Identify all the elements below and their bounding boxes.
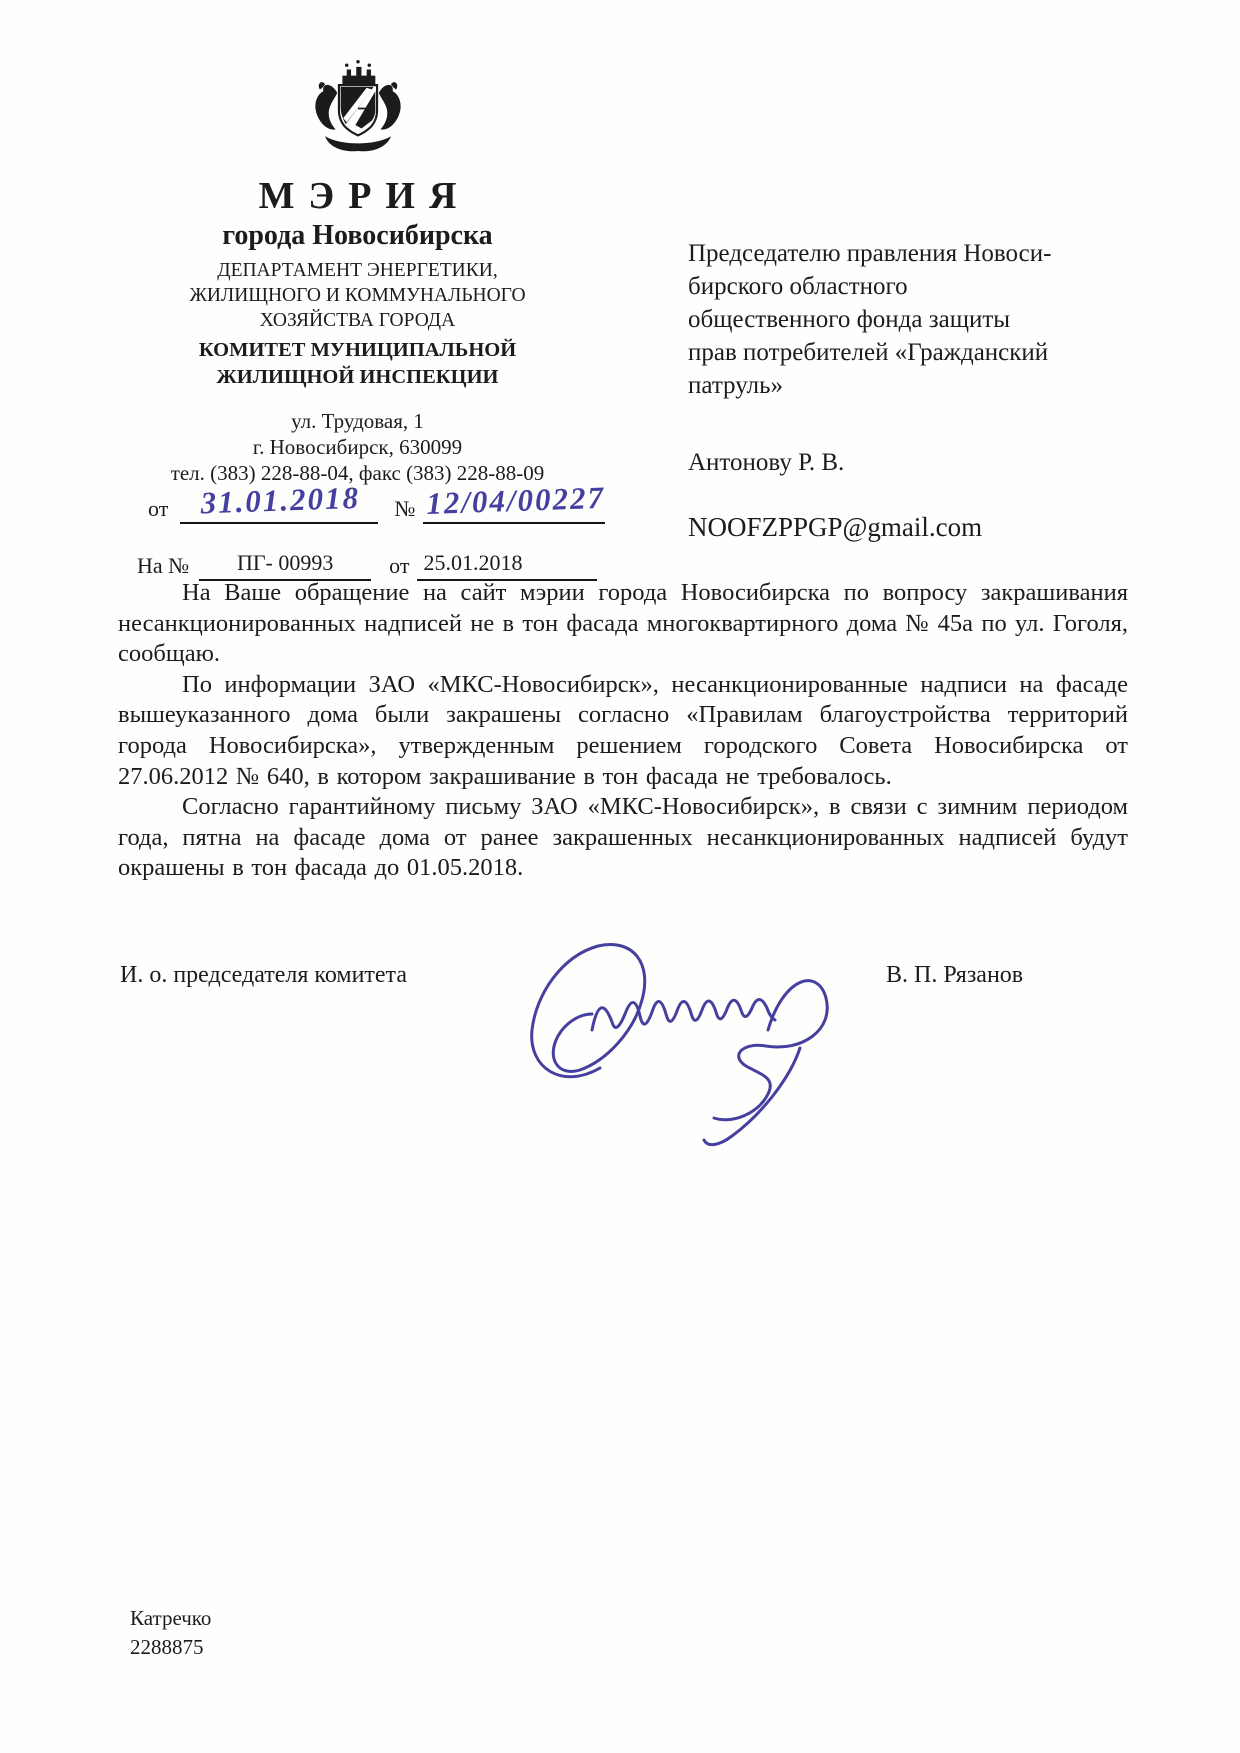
scanned-letter-page: МЭРИЯ города Новосибирска ДЕПАРТАМЕНТ ЭН…	[0, 0, 1240, 1753]
incoming-number-field: ПГ- 00993	[199, 543, 371, 581]
letterhead: МЭРИЯ города Новосибирска ДЕПАРТАМЕНТ ЭН…	[105, 58, 610, 486]
addressee-name: Антонову Р. В.	[688, 449, 844, 477]
org-address-line: ул. Трудовая, 1	[105, 408, 610, 434]
signer-position-title: И. о. председателя комитета	[120, 962, 407, 989]
addressee-email: NOOFZPPGP@gmail.com	[688, 512, 982, 543]
body-paragraph: Согласно гарантийному письму ЗАО «МКС-Но…	[118, 792, 1128, 884]
executor-block: Катречко 2288875	[130, 1604, 211, 1662]
org-department-line: ХОЗЯЙСТВА ГОРОДА	[105, 308, 610, 333]
addressee-line: бирского областного	[688, 270, 1118, 303]
outgoing-number-handwritten: 12/04/00227	[426, 480, 605, 522]
outgoing-date-handwritten: 31.01.2018	[183, 479, 378, 522]
addressee-line: прав потребителей «Гражданский	[688, 336, 1118, 369]
incoming-number-value: ПГ- 00993	[199, 550, 371, 576]
signature-autograph	[500, 918, 860, 1153]
outgoing-number-field: 12/04/00227	[423, 486, 605, 524]
executor-name: Катречко	[130, 1604, 211, 1633]
incoming-date-value: 25.01.2018	[417, 550, 597, 576]
reply-date-label: от	[389, 553, 409, 581]
org-department-line: ЖИЛИЩНОГО И КОММУНАЛЬНОГО	[105, 283, 610, 308]
letter-body: На Ваше обращение на сайт мэрии города Н…	[118, 578, 1128, 884]
org-title: МЭРИЯ	[105, 174, 610, 218]
org-address-line: г. Новосибирск, 630099	[105, 434, 610, 460]
novosibirsk-coat-of-arms-icon	[306, 58, 410, 166]
signer-name: В. П. Рязанов	[886, 962, 1023, 989]
org-committee-line: ЖИЛИЩНОЙ ИНСПЕКЦИИ	[105, 364, 610, 391]
incoming-date-field: 25.01.2018	[417, 543, 597, 581]
org-department-line: ДЕПАРТАМЕНТ ЭНЕРГЕТИКИ,	[105, 258, 610, 283]
addressee-line: общественного фонда защиты	[688, 303, 1118, 336]
addressee-line: патруль»	[688, 369, 1118, 402]
org-subtitle: города Новосибирска	[105, 220, 610, 252]
org-department: ДЕПАРТАМЕНТ ЭНЕРГЕТИКИ, ЖИЛИЩНОГО И КОММ…	[105, 258, 610, 333]
addressee-block: Председателю правления Новоси- бирского …	[688, 237, 1118, 402]
number-label: №	[394, 496, 415, 524]
outgoing-ref-row: от 31.01.2018 № 12/04/00227	[148, 486, 605, 524]
body-paragraph: На Ваше обращение на сайт мэрии города Н…	[118, 578, 1128, 670]
outgoing-date-field: 31.01.2018	[180, 486, 378, 524]
incoming-ref-row: На № ПГ- 00993 от 25.01.2018	[137, 543, 597, 581]
date-from-label: от	[148, 496, 168, 524]
reply-to-label: На №	[137, 553, 189, 581]
body-paragraph: По информации ЗАО «МКС-Новосибирск», нес…	[118, 670, 1128, 792]
addressee-line: Председателю правления Новоси-	[688, 237, 1118, 270]
executor-phone: 2288875	[130, 1633, 211, 1662]
org-address: ул. Трудовая, 1 г. Новосибирск, 630099 т…	[105, 408, 610, 486]
org-committee: КОМИТЕТ МУНИЦИПАЛЬНОЙ ЖИЛИЩНОЙ ИНСПЕКЦИИ	[105, 337, 610, 391]
org-committee-line: КОМИТЕТ МУНИЦИПАЛЬНОЙ	[105, 337, 610, 364]
